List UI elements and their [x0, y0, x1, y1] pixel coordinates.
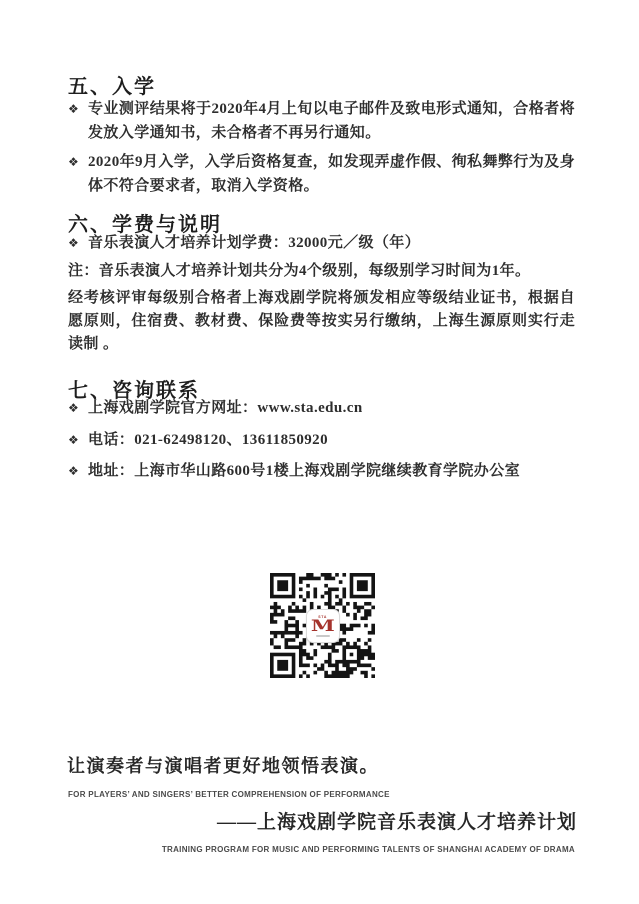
- bullet-text: 专业测评结果将于2020年4月上旬以电子邮件及致电形式通知，合格者将发放入学通知…: [88, 97, 575, 145]
- qr-center-logo: STA M: [307, 610, 339, 642]
- bullet-item-website: ❖ 上海戏剧学院官方网址：www.sta.edu.cn: [68, 396, 575, 420]
- diamond-bullet-icon: ❖: [68, 396, 88, 420]
- tuition-fee-text: 音乐表演人才培养计划学费：32000元／级（年）: [88, 231, 575, 255]
- sta-logo-m-icon: M: [311, 618, 335, 633]
- footer-slogan-cn: 让演奏者与演唱者更好地领悟表演。: [67, 752, 379, 778]
- bullet-item-phone: ❖ 电话：021-62498120、13611850920: [68, 428, 575, 452]
- bullet-item: ❖ 2020年9月入学，入学后资格复查，如发现弄虚作假、徇私舞弊行为及身体不符合…: [68, 150, 575, 198]
- bullet-item: ❖ 专业测评结果将于2020年4月上旬以电子邮件及致电形式通知，合格者将发放入学…: [68, 97, 575, 145]
- diamond-bullet-icon: ❖: [68, 150, 88, 174]
- website-text: 上海戏剧学院官方网址：www.sta.edu.cn: [88, 396, 575, 420]
- diamond-bullet-icon: ❖: [68, 428, 88, 452]
- qr-logo-subtext-bar: [316, 635, 330, 637]
- phone-text: 电话：021-62498120、13611850920: [88, 428, 575, 452]
- footer-slogan-en: FOR PLAYERS’ AND SINGERS’ BETTER COMPREH…: [68, 790, 390, 799]
- bullet-text: 2020年9月入学，入学后资格复查，如发现弄虚作假、徇私舞弊行为及身体不符合要求…: [88, 150, 575, 198]
- footer-program-name-en: TRAINING PROGRAM FOR MUSIC AND PERFORMIN…: [162, 845, 575, 854]
- tuition-note: 注：音乐表演人才培养计划共分为4个级别，每级别学习时间为1年。: [68, 260, 575, 283]
- tuition-paragraph: 经考核评审每级别合格者上海戏剧学院将颁发相应等级结业证书，根据自愿原则，住宿费、…: [68, 287, 575, 356]
- document-page: 五、入学 ❖ 专业测评结果将于2020年4月上旬以电子邮件及致电形式通知，合格者…: [0, 0, 639, 904]
- wechat-qr-code: STA M: [270, 573, 375, 678]
- section-heading-enrollment: 五、入学: [68, 75, 156, 99]
- diamond-bullet-icon: ❖: [68, 231, 88, 255]
- bullet-item: ❖ 音乐表演人才培养计划学费：32000元／级（年）: [68, 231, 575, 255]
- bullet-item-address: ❖ 地址：上海市华山路600号1楼上海戏剧学院继续教育学院办公室: [68, 459, 575, 483]
- footer-program-name-cn: ——上海戏剧学院音乐表演人才培养计划: [217, 807, 577, 834]
- diamond-bullet-icon: ❖: [68, 97, 88, 121]
- diamond-bullet-icon: ❖: [68, 459, 88, 483]
- address-text: 地址：上海市华山路600号1楼上海戏剧学院继续教育学院办公室: [88, 459, 575, 483]
